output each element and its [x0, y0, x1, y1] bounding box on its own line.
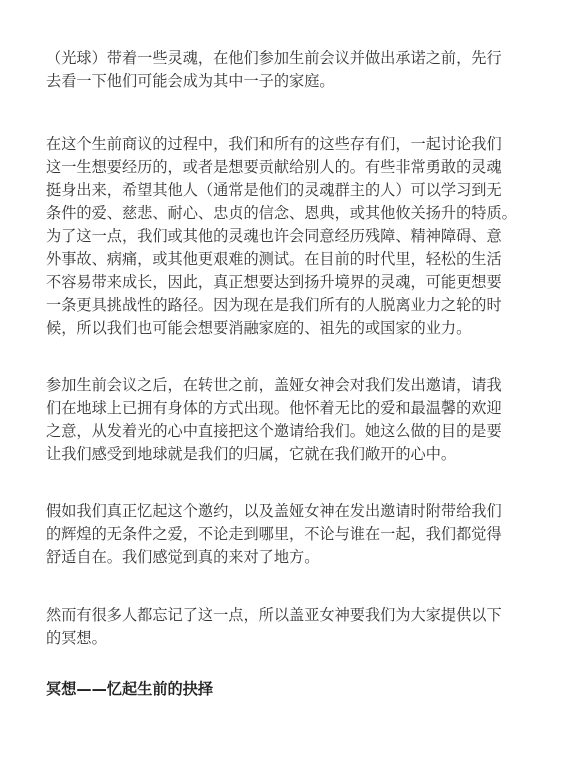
- section-heading: 冥想——忆起生前的抉择: [46, 678, 526, 701]
- paragraph-4: 假如我们真正忆起这个邀约，以及盖娅女神在发出邀请时附带给我们 的辉煌的无条件之爱…: [46, 500, 526, 569]
- text-line: 一条更具挑战性的路径。因为现在是我们所有的人脱离业力之轮的时: [46, 294, 526, 317]
- paragraph-2: 在这个生前商议的过程中，我们和所有的这些存有们，一起讨论我们 这一生想要经历的，…: [46, 133, 526, 340]
- text-line: 候，所以我们也可能会想要消融家庭的、祖先的或国家的业力。: [46, 317, 526, 340]
- text-line: 在这个生前商议的过程中，我们和所有的这些存有们，一起讨论我们: [46, 133, 526, 156]
- paragraph-1: （光球）带着一些灵魂，在他们参加生前会议并做出承诺之前，先行 去看一下他们可能会…: [46, 47, 526, 93]
- text-line: 然而有很多人都忘记了这一点，所以盖亚女神要我们为大家提供以下: [46, 604, 526, 627]
- text-line: 的辉煌的无条件之爱，不论走到哪里，不论与谁在一起，我们都觉得: [46, 523, 526, 546]
- text-line: 去看一下他们可能会成为其中一子的家庭。: [46, 70, 526, 93]
- text-line: 让我们感受到地球就是我们的归属，它就在我们敞开的心中。: [46, 443, 526, 466]
- text-line: 之意，从发着光的心中直接把这个邀请给我们。她这么做的目的是要: [46, 420, 526, 443]
- text-line: 不容易带来成长，因此，真正想要达到扬升境界的灵魂，可能更想要: [46, 271, 526, 294]
- text-line: 外事故、病痛，或其他更艰难的测试。在目前的时代里，轻松的生活: [46, 248, 526, 271]
- text-line: 舒适自在。我们感觉到真的来对了地方。: [46, 546, 526, 569]
- text-line: 挺身出来，希望其他人（通常是他们的灵魂群主的人）可以学习到无: [46, 179, 526, 202]
- text-line: 假如我们真正忆起这个邀约，以及盖娅女神在发出邀请时附带给我们: [46, 500, 526, 523]
- paragraph-3: 参加生前会议之后，在转世之前，盖娅女神会对我们发出邀请，请我 们在地球上已拥有身…: [46, 374, 526, 466]
- text-line: 们在地球上已拥有身体的方式出现。他怀着无比的爱和最温馨的欢迎: [46, 397, 526, 420]
- text-line: 的冥想。: [46, 627, 526, 650]
- text-line: 条件的爱、慈悲、耐心、忠贞的信念、恩典，或其他攸关扬升的特质。: [46, 202, 526, 225]
- text-line: 这一生想要经历的，或者是想要贡献给别人的。有些非常勇敢的灵魂: [46, 156, 526, 179]
- text-line: （光球）带着一些灵魂，在他们参加生前会议并做出承诺之前，先行: [46, 47, 526, 70]
- paragraph-5: 然而有很多人都忘记了这一点，所以盖亚女神要我们为大家提供以下 的冥想。: [46, 604, 526, 650]
- text-line: 为了这一点，我们或其他的灵魂也许会同意经历残障、精神障碍、意: [46, 225, 526, 248]
- text-line: 参加生前会议之后，在转世之前，盖娅女神会对我们发出邀请，请我: [46, 374, 526, 397]
